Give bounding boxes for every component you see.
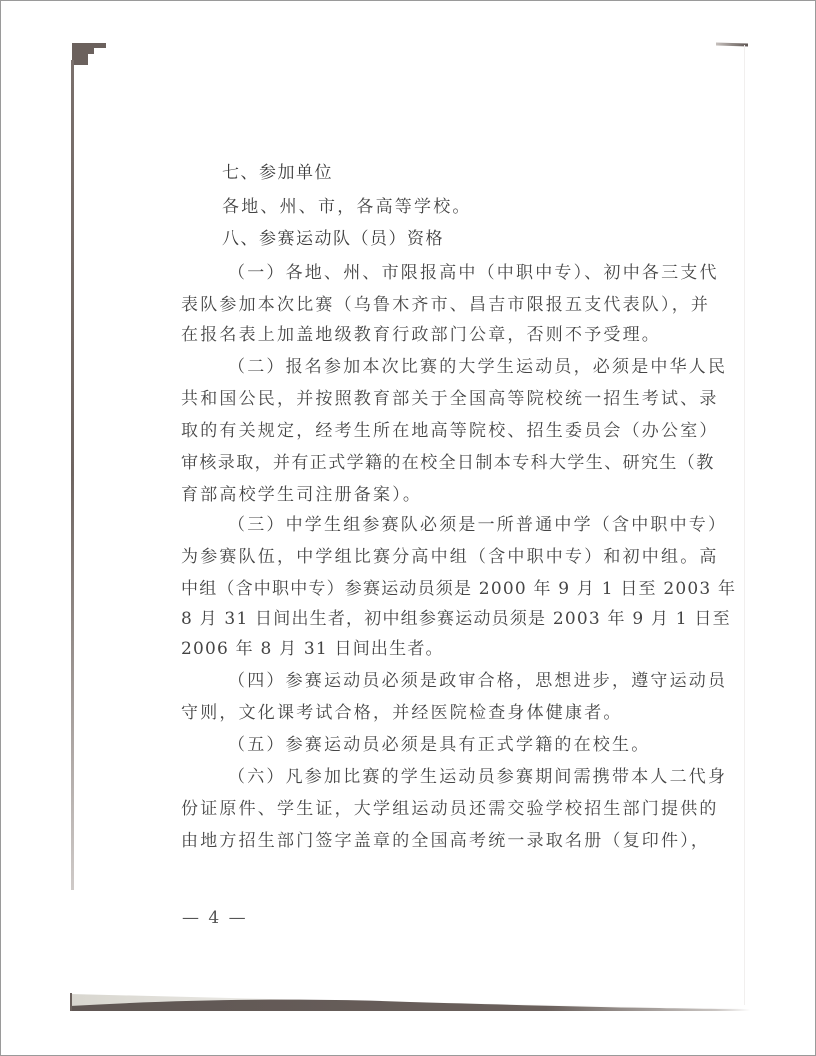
paragraph-line: 份证原件、学生证，大学组运动员还需交验学校招生部门提供的 bbox=[181, 798, 719, 820]
paragraph-line: （一）各地、州、市限报高中（中职中专）、初中各三支代 bbox=[228, 262, 719, 284]
paragraph-line: 8 月 31 日间出生者，初中组参赛运动员须是 2003 年 9 月 1 日至 bbox=[181, 608, 731, 630]
paragraph-line: 取的有关规定，经考生所在地高等院校、招生委员会（办公室） bbox=[181, 420, 719, 442]
paragraph-line: 育部高校学生司注册备案）。 bbox=[181, 484, 422, 506]
paragraph-line: （六）凡参加比赛的学生运动员参赛期间需携带本人二代身 bbox=[228, 766, 727, 788]
paragraph-line: 表队参加本次比赛（乌鲁木齐市、昌吉市限报五支代表队），并 bbox=[181, 294, 710, 316]
paragraph-line: 中组（含中职中专）参赛运动员须是 2000 年 9 月 1 日至 2003 年 bbox=[181, 578, 736, 600]
paragraph-line: 审核录取，并有正式学籍的在校全日制本专科大学生、研究生（教 bbox=[181, 452, 715, 474]
paragraph-line: 2006 年 8 月 31 日间出生者。 bbox=[181, 638, 444, 660]
document-body: 七、参加单位 各地、州、市，各高等学校。 八、参赛运动队（员）资格 （一）各地、… bbox=[0, 0, 816, 1056]
paragraph-line: 在报名表上加盖地级教育行政部门公章，否则不予受理。 bbox=[181, 324, 661, 346]
paragraph-line: （三）中学生组参赛队必须是一所普通中学（含中职中专） bbox=[228, 514, 727, 536]
section-heading-8: 八、参赛运动队（员）资格 bbox=[222, 228, 444, 250]
paragraph-line: （四）参赛运动员必须是政审合格，思想进步，遵守运动员 bbox=[228, 670, 727, 692]
page-number: — 4 — bbox=[182, 908, 248, 928]
paragraph-line: （五）参赛运动员必须是具有正式学籍的在校生。 bbox=[228, 734, 650, 756]
paragraph-line: 守则，文化课考试合格，并经医院检查身体健康者。 bbox=[181, 702, 623, 724]
section-7-body: 各地、州、市，各高等学校。 bbox=[222, 196, 472, 218]
paragraph-line: 由地方招生部门签字盖章的全国高考统一录取名册（复印件）， bbox=[181, 830, 710, 852]
paragraph-line: （二）报名参加本次比赛的大学生运动员，必须是中华人民 bbox=[228, 356, 727, 378]
section-heading-7: 七、参加单位 bbox=[222, 162, 333, 184]
paragraph-line: 共和国公民，并按照教育部关于全国高等院校统一招生考试、录 bbox=[181, 388, 719, 410]
paragraph-line: 为参赛队伍，中学组比赛分高中组（含中职中专）和初中组。高 bbox=[181, 546, 719, 568]
